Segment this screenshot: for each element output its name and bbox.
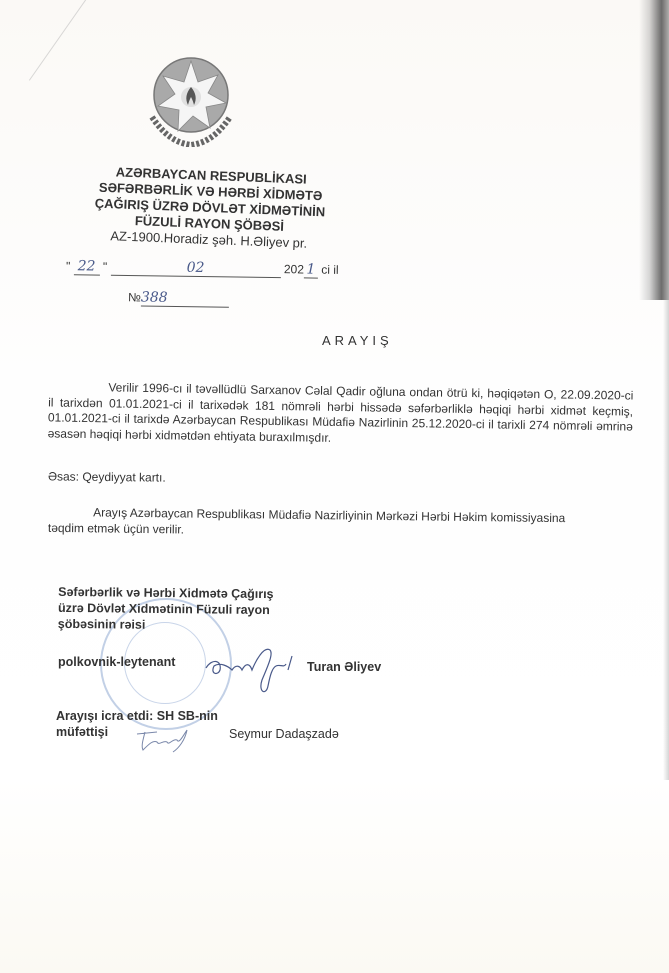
document-page: AZƏRBAYCAN RESPUBLİKASI SƏFƏRBƏRLİK VƏ H… <box>0 0 669 973</box>
document-title: ARAYIŞ <box>322 333 393 348</box>
number-value: 388 <box>141 289 229 307</box>
document-date: " 22 " 02 2021 ci il <box>66 258 339 279</box>
signature-icon <box>200 640 300 700</box>
state-emblem-icon <box>146 55 236 147</box>
paragraph-1-text: Verilir 1996-cı il təvəllüdlü Sarxanov C… <box>48 379 634 450</box>
date-year-suffix: 1 <box>304 261 318 278</box>
signatory-name: Turan Əliyev <box>307 660 381 674</box>
date-close-quote: " <box>103 260 107 274</box>
signatory-rank: polkovnik-leytenant <box>58 655 175 669</box>
basis-line: Əsas: Qeydiyyat kartı. <box>48 469 166 484</box>
number-label: № <box>128 290 141 304</box>
date-month: 02 <box>110 259 280 278</box>
paper-edge-shadow <box>639 0 669 300</box>
date-suffix: ci il <box>321 263 339 277</box>
paper-crease <box>29 0 93 81</box>
signatory-title: Səfərbərlik və Hərbi Xidmətə Çağırış üzr… <box>58 584 274 634</box>
document-number: №388 <box>128 289 229 307</box>
purpose-paragraph: Arayış Azərbaycan Respublikası Müdafiə N… <box>48 505 568 542</box>
signatory-line-3: şöbəsinin rəisi <box>58 616 274 634</box>
certificate-paragraph: Verilir 1996-cı il təvəllüdlü Sarxanov C… <box>48 379 634 450</box>
executor-signature-icon <box>133 722 193 756</box>
date-year-prefix: 202 <box>284 262 304 276</box>
executor-name: Seymur Dadaşzadə <box>229 727 339 741</box>
date-day: 22 <box>74 258 100 275</box>
paper-edge-shadow-lower <box>663 300 669 780</box>
institution-header: AZƏRBAYCAN RESPUBLİKASI SƏFƏRBƏRLİK VƏ H… <box>59 162 362 253</box>
date-open-quote: " <box>66 259 70 273</box>
